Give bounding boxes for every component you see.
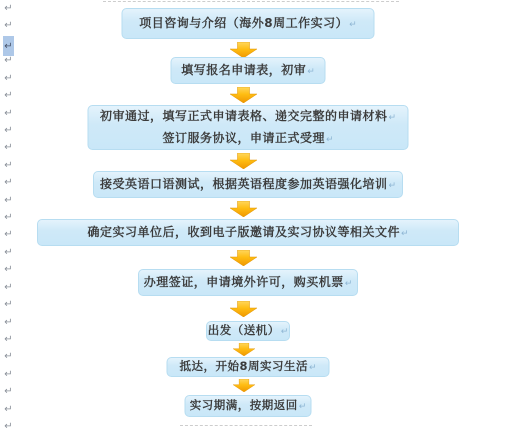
paragraph-mark-icon: ↵ [309, 363, 317, 373]
paragraph-mark-icon: ↵ [326, 135, 334, 145]
paragraph-mark-icon: ↵ [3, 367, 14, 383]
paragraph-mark-icon: ↵ [388, 113, 396, 123]
down-arrow-icon[interactable] [230, 201, 257, 217]
down-arrow-icon[interactable] [230, 379, 257, 392]
flow-node-application-form[interactable]: 填写报名申请表，初审↵ [171, 57, 326, 84]
paragraph-mark-icon: ↵ [3, 1, 14, 17]
paragraph-mark-icon: ↵ [3, 158, 14, 174]
paragraph-mark-icon: ↵ [3, 88, 14, 104]
document-canvas: ↵↵↵↵↵↵↵↵↵↵↵↵↵↵↵↵↵↵↵↵↵↵↵↵↵ 项目咨询与介绍（海外8周工作… [0, 0, 527, 429]
paragraph-mark-icon: ↵ [3, 402, 14, 418]
paragraph-mark-icon: ↵ [3, 262, 14, 278]
down-arrow-icon[interactable] [230, 42, 257, 58]
flow-node-formal-application[interactable]: 初审通过，填写正式申请表格、递交完整的申请材料↵ 签订服务协议，申请正式受理↵ [88, 105, 409, 150]
flow-node-label: 实习期满，按期返回 [190, 398, 298, 412]
paragraph-mark-icon: ↵ [3, 227, 14, 243]
flow-node-label: 出发（送机） [208, 323, 280, 337]
paragraph-mark-icon: ↵ [3, 332, 14, 348]
paragraph-mark-icon: ↵ [3, 384, 14, 400]
paragraph-mark-icon: ↵ [349, 20, 357, 30]
down-arrow-icon[interactable] [230, 87, 257, 103]
flow-node-return[interactable]: 实习期满，按期返回↵ [185, 395, 312, 417]
paragraph-mark-icon: ↵ [299, 402, 307, 412]
flow-node-english-test[interactable]: 接受英语口语测试，根据英语程度参加英语强化培训↵ [93, 171, 403, 198]
paragraph-mark-icon: ↵ [3, 315, 14, 331]
paragraph-mark-icon: ↵ [3, 245, 14, 261]
flow-node-label: 确定实习单位后，收到电子版邀请及实习协议等相关文件 [87, 225, 400, 239]
paragraph-mark-icon: ↵ [388, 181, 396, 191]
paragraph-mark-icon: ↵ [307, 67, 315, 77]
flow-node-visa-tickets[interactable]: 办理签证，申请境外许可，购买机票↵ [138, 269, 358, 296]
down-arrow-icon[interactable] [230, 343, 257, 356]
down-arrow-icon[interactable] [230, 153, 257, 169]
flow-node-internship-confirmation[interactable]: 确定实习单位后，收到电子版邀请及实习协议等相关文件↵ [37, 219, 459, 246]
margin-paragraph-marks-column: ↵↵↵↵↵↵↵↵↵↵↵↵↵↵↵↵↵↵↵↵↵↵↵↵↵ [3, 0, 17, 429]
flow-node-label: 初审通过，填写正式申请表格、递交完整的申请材料 [100, 109, 388, 123]
paragraph-mark-icon: ↵ [3, 71, 14, 87]
paragraph-mark-icon: ↵ [3, 210, 14, 226]
paragraph-mark-icon: ↵ [3, 18, 14, 34]
flow-node-arrival[interactable]: 抵达，开始8周实习生活↵ [167, 357, 330, 377]
paragraph-mark-icon: ↵ [401, 229, 409, 239]
flow-node-label: 项目咨询与介绍（海外8周工作实习） [139, 16, 348, 30]
paragraph-mark-icon: ↵ [281, 327, 289, 337]
flow-node-departure[interactable]: 出发（送机）↵ [206, 321, 290, 341]
paragraph-mark-icon: ↵ [345, 279, 353, 289]
paragraph-mark-icon: ↵ [3, 280, 14, 296]
paragraph-mark-icon: ↵ [3, 53, 14, 69]
paragraph-mark-icon: ↵ [3, 193, 14, 209]
paragraph-mark-icon: ↵ [3, 419, 14, 429]
flow-node-project-intro[interactable]: 项目咨询与介绍（海外8周工作实习）↵ [122, 8, 375, 39]
flow-node-label: 抵达，开始8周实习生活 [179, 359, 308, 373]
down-arrow-icon[interactable] [230, 301, 257, 317]
paragraph-mark-icon: ↵ [3, 106, 14, 122]
canvas-boundary-dashed-line-top [103, 1, 399, 2]
paragraph-mark-icon: ↵ [3, 349, 14, 365]
flow-node-label: 办理签证，申请境外许可，购买机票 [144, 275, 344, 289]
paragraph-mark-icon: ↵ [3, 140, 14, 156]
paragraph-mark-icon: ↵ [3, 123, 14, 139]
flow-node-label: 接受英语口语测试，根据英语程度参加英语强化培训 [100, 177, 388, 191]
canvas-boundary-dashed-line-bottom [180, 425, 312, 426]
paragraph-mark-icon: ↵ [3, 175, 14, 191]
flow-node-label: 填写报名申请表，初审 [181, 63, 306, 77]
paragraph-mark-icon: ↵ [3, 297, 14, 313]
down-arrow-icon[interactable] [230, 250, 257, 266]
flow-node-label: 签订服务协议，申请正式受理 [162, 131, 325, 145]
